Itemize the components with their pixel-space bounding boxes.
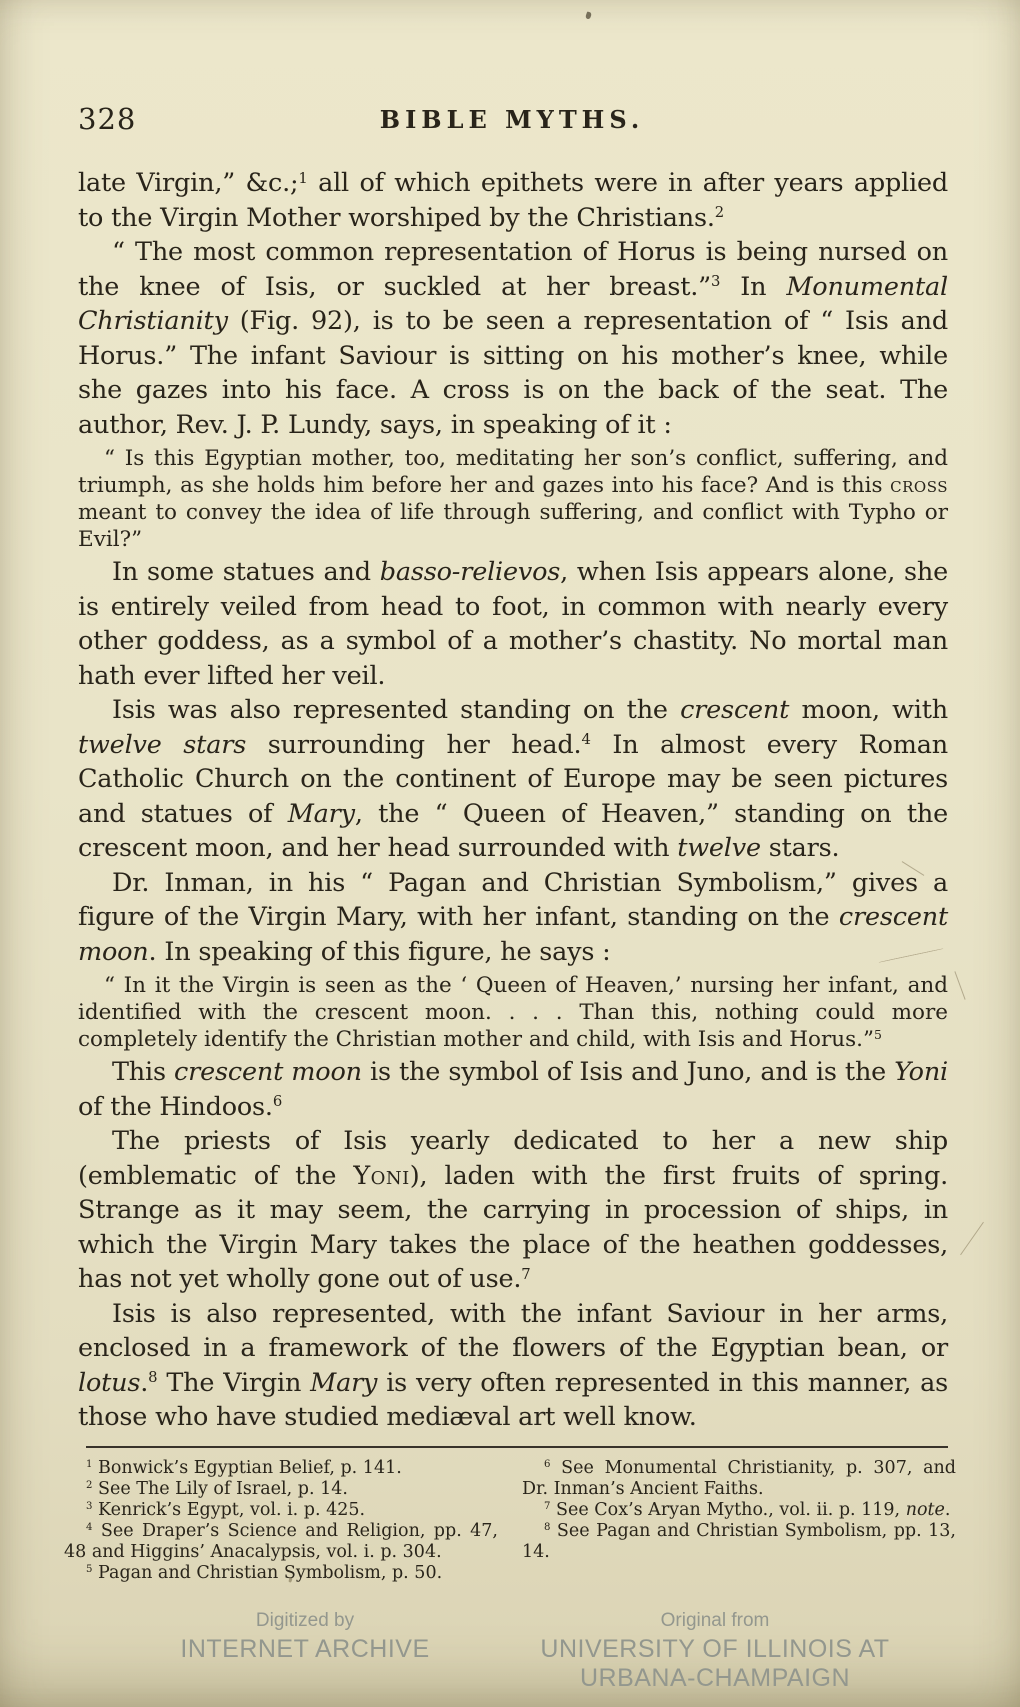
footnote: 1 Bonwick’s Egyptian Belief, p. 141. [64,1458,498,1479]
footnote-column-left: 1 Bonwick’s Egyptian Belief, p. 141. 2 S… [64,1458,498,1584]
paragraph: Isis is also represented, with the infan… [78,1297,948,1435]
paper-scratch [954,971,965,1000]
paragraph: This crescent moon is the symbol of Isis… [78,1055,948,1124]
page-body: late Virgin,” &c.;1 all of which epithet… [78,166,948,1435]
paragraph: In some statues and basso-relievos, when… [78,555,948,693]
paper-speck [585,11,592,19]
block-quote: “ In it the Virgin is seen as the ‘ Quee… [78,972,948,1053]
footnote: 2 See The Lily of Israel, p. 14. [64,1479,498,1500]
footnote: 8 See Pagan and Christian Symbolism, pp.… [522,1521,956,1563]
original-from-stamp: Original from UNIVERSITY OF ILLINOIS AT … [515,1606,915,1693]
footnote: 6 See Monumental Christianity, p. 307, a… [522,1458,956,1500]
paragraph: Dr. Inman, in his “ Pagan and Christian … [78,866,948,970]
running-title: BIBLE MYTHS. [78,105,946,134]
footnote: 3 Kenrick’s Egypt, vol. i. p. 425. [64,1500,498,1521]
scanned-book-page: 328 BIBLE MYTHS. late Virgin,” &c.;1 all… [0,0,1020,1707]
footnote-rule [86,1446,948,1448]
footnote-column-right: 6 See Monumental Christianity, p. 307, a… [522,1458,956,1584]
paragraph: The priests of Isis yearly dedicated to … [78,1124,948,1297]
paragraph: Isis was also represented standing on th… [78,693,948,866]
paragraph: “ The most common representation of Horu… [78,235,948,442]
footnote: 7 See Cox’s Aryan Mytho., vol. ii. p. 11… [522,1500,956,1521]
paper-scratch [960,1222,984,1255]
paragraph-continuation: late Virgin,” &c.;1 all of which epithet… [78,166,948,235]
digitized-by-label: Digitized by [85,1606,525,1635]
internet-archive-label: INTERNET ARCHIVE [85,1635,525,1664]
footnotes: 1 Bonwick’s Egyptian Belief, p. 141. 2 S… [64,1458,956,1584]
page-header: 328 BIBLE MYTHS. [78,102,946,138]
university-label-line2: URBANA-CHAMPAIGN [515,1664,915,1693]
university-label-line1: UNIVERSITY OF ILLINOIS AT [515,1635,915,1664]
digitized-by-stamp: Digitized by INTERNET ARCHIVE [85,1606,525,1664]
original-from-label: Original from [515,1606,915,1635]
block-quote: “ Is this Egyptian mother, too, meditati… [78,445,948,553]
footnote: 5 Pagan and Christian Symbolism, p. 50. [64,1563,498,1584]
footnote: 4 See Draper’s Science and Religion, pp.… [64,1521,498,1563]
